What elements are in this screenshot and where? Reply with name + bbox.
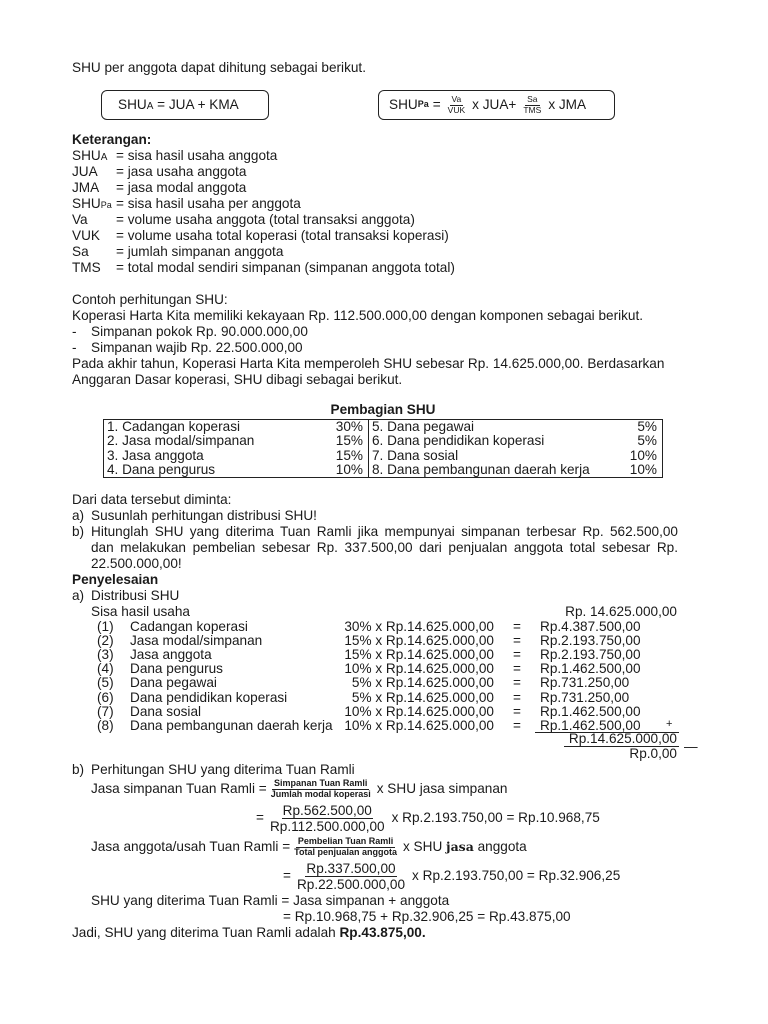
jasa-simpanan-calc: = Rp.562.500,00 Rp.112.500.000,00 x Rp.2… xyxy=(256,801,600,835)
conclusion-amount: Rp.43.875,00. xyxy=(339,925,425,940)
pembagian-table: 1. Cadangan koperasi30%5. Dana pegawai5%… xyxy=(103,419,663,478)
formula-pa-eq: = xyxy=(433,97,441,113)
formula-shu-pa: SHUPa = Va VUK x JUA+ Sa TMS x JMA xyxy=(389,92,586,118)
diminta-a-text: Susunlah perhitungan distribusi SHU! xyxy=(91,508,317,524)
allocation-label: 2. Jasa modal/simpanan xyxy=(104,434,289,449)
shu-total-calc: = Rp.10.968,75 + Rp.32.906,25 = Rp.43.87… xyxy=(283,909,571,925)
allocation-label: 6. Dana pendidikan koperasi xyxy=(369,434,601,449)
distribution-row: (4)Dana pengurus10% x Rp.14.625.000,00=R… xyxy=(0,661,768,675)
frac-denominator: TMS xyxy=(521,106,543,115)
allocation-percent: 15% xyxy=(289,449,369,464)
jasa-anggota-label: Jasa anggota/usah Tuan Ramli = xyxy=(91,839,290,855)
diminta-a-marker: a) xyxy=(72,508,84,524)
bullet-dash: - xyxy=(72,324,77,339)
allocation-label: 4. Dana pengurus xyxy=(104,463,289,478)
distribution-row: (6)Dana pendidikan koperasi5% x Rp.14.62… xyxy=(0,690,768,704)
allocation-percent: 10% xyxy=(289,463,369,478)
row-calculation: 10% x Rp.14.625.000,00 xyxy=(344,718,494,734)
diminta-heading: Dari data tersebut diminta: xyxy=(72,492,231,508)
allocation-percent: 5% xyxy=(601,420,663,435)
legend-term-main: SHU xyxy=(72,196,101,211)
distribution-row: (7)Dana sosial10% x Rp.14.625.000,00=Rp.… xyxy=(0,704,768,718)
distribution-row: (3)Jasa anggota15% x Rp.14.625.000,00=Rp… xyxy=(0,647,768,661)
allocation-label: 7. Dana sosial xyxy=(369,449,601,464)
legend-term-main: JUA xyxy=(72,164,98,179)
frac-numerator: Rp.562.500,00 xyxy=(282,803,373,819)
jasa-anggota-tail-post: anggota xyxy=(478,839,527,855)
bullet-item: - Simpanan wajib Rp. 22.500.000,00 xyxy=(72,340,77,356)
frac-numerator: Sa xyxy=(525,95,539,105)
jasa-anggota-result: x Rp.2.193.750,00 = Rp.32.906,25 xyxy=(412,868,620,884)
bullet-text: Simpanan pokok Rp. 90.000.000,00 xyxy=(91,324,308,340)
frac-denominator: Total penjualan anggota xyxy=(292,848,399,858)
legend-definition: = volume usaha total koperasi (total tra… xyxy=(116,228,449,244)
legend-definition: = total modal sendiri simpanan (simpanan… xyxy=(116,260,455,276)
jasa-anggota-calc: = Rp.337.500,00 Rp.22.500.000,00 x Rp.2.… xyxy=(283,859,620,893)
legend-term: VUK xyxy=(72,228,100,244)
table-row: 2. Jasa modal/simpanan15%6. Dana pendidi… xyxy=(104,434,663,449)
allocation-label: 8. Dana pembangunan daerah kerja xyxy=(369,463,601,478)
diminta-b-marker: b) xyxy=(72,524,84,540)
distribution-row: (2)Jasa modal/simpanan15% x Rp.14.625.00… xyxy=(0,633,768,647)
jasa-anggota-tail-pre: x SHU xyxy=(403,839,442,855)
frac-numerator: Simpanan Tuan Ramli xyxy=(272,779,369,790)
allocation-percent: 10% xyxy=(601,449,663,464)
conclusion: Jadi, SHU yang diterima Tuan Ramli adala… xyxy=(72,925,426,941)
legend-term: Va xyxy=(72,212,88,228)
legend-term-main: TMS xyxy=(72,260,101,275)
distribution-remainder: Rp.0,00 xyxy=(629,746,677,762)
frac-denominator: Jumlah modal koperasi xyxy=(269,790,373,800)
penyelesaian-a-marker: a) xyxy=(72,588,84,604)
contoh-heading: Contoh perhitungan SHU: xyxy=(72,292,228,308)
allocation-percent: 5% xyxy=(601,434,663,449)
sisa-label: Sisa hasil usaha xyxy=(91,604,190,620)
table-row: 1. Cadangan koperasi30%5. Dana pegawai5% xyxy=(104,420,663,435)
legend-term-sub: A xyxy=(101,152,108,163)
formula-pa-lhs: SHU xyxy=(389,97,418,113)
diminta-b-line3: 22.500.000,00! xyxy=(91,556,182,572)
formula-pa-mid: x JUA+ xyxy=(472,97,516,113)
row-label: Dana pembangunan daerah kerja xyxy=(130,718,333,734)
jasa-simpanan-result: x Rp.2.193.750,00 = Rp.10.968,75 xyxy=(392,810,600,826)
jasa-simpanan-tail: x SHU jasa simpanan xyxy=(377,781,508,797)
conclusion-text: Jadi, SHU yang diterima Tuan Ramli adala… xyxy=(72,925,336,940)
frac-numerator: Va xyxy=(450,95,464,105)
legend-term: Sa xyxy=(72,244,89,260)
fraction-simpanan: Simpanan Tuan Ramli Jumlah modal koperas… xyxy=(269,779,373,800)
formula-a-lhs: SHU xyxy=(118,97,147,112)
row-equals: = xyxy=(513,718,521,734)
diminta-b-line2: dan melakukan pembelian sebesar Rp. 337.… xyxy=(91,540,678,556)
fraction-pembelian-values: Rp.337.500,00 Rp.22.500.000,00 xyxy=(296,861,406,892)
jasa-simpanan-label: Jasa simpanan Tuan Ramli = xyxy=(91,781,267,797)
formula-a-sub: A xyxy=(147,101,154,112)
allocation-percent: 10% xyxy=(601,463,663,478)
penyelesaian-a-title: Distribusi SHU xyxy=(91,588,179,604)
formula-pa-sub: Pa xyxy=(418,97,429,113)
legend-definition: = jasa usaha anggota xyxy=(116,164,246,180)
legend-definition: = jasa modal anggota xyxy=(116,180,246,196)
allocation-percent: 30% xyxy=(289,420,369,435)
jasa-anggota-tail-bold: jasa xyxy=(446,839,474,855)
allocation-label: 1. Cadangan koperasi xyxy=(104,420,289,435)
formula-a-rhs: = JUA + KMA xyxy=(157,97,239,112)
bullet-text: Simpanan wajib Rp. 22.500.000,00 xyxy=(91,340,303,356)
penyelesaian-heading: Penyelesaian xyxy=(72,572,158,588)
formula-pa-end: x JMA xyxy=(548,97,586,113)
pembagian-title: Pembagian SHU xyxy=(103,402,663,418)
legend-definition: = sisa hasil usaha anggota xyxy=(116,148,277,164)
legend-term: TMS xyxy=(72,260,101,276)
allocation-label: 3. Jasa anggota xyxy=(104,449,289,464)
fraction-sa-tms: Sa TMS xyxy=(521,95,543,115)
jasa-simpanan-formula: Jasa simpanan Tuan Ramli = Simpanan Tuan… xyxy=(91,776,507,802)
formula-box-shu-pa: SHUPa = Va VUK x JUA+ Sa TMS x JMA xyxy=(378,90,615,120)
jasa-anggota-formula: Jasa anggota/usah Tuan Ramli = Pembelian… xyxy=(91,834,527,860)
distribution-total: Rp.14.625.000,00 xyxy=(569,731,677,747)
eq-sign: = xyxy=(256,810,264,826)
intro-text: SHU per anggota dapat dihitung sebagai b… xyxy=(72,60,366,76)
formula-box-shu-a: SHUA = JUA + KMA xyxy=(101,90,269,120)
sisa-value: Rp. 14.625.000,00 xyxy=(565,604,677,620)
shu-total-label: SHU yang diterima Tuan Ramli = Jasa simp… xyxy=(91,893,449,909)
table-row: 3. Jasa anggota15%7. Dana sosial10% xyxy=(104,449,663,464)
legend-term-main: Va xyxy=(72,212,88,227)
frac-denominator: Rp.22.500.000,00 xyxy=(296,877,406,892)
contoh-line2: Pada akhir tahun, Koperasi Harta Kita me… xyxy=(72,356,664,372)
frac-numerator: Rp.337.500,00 xyxy=(305,861,396,877)
penyelesaian-b-marker: b) xyxy=(72,762,84,778)
legend-definition: = jumlah simpanan anggota xyxy=(116,244,283,260)
legend-term-main: VUK xyxy=(72,228,100,243)
allocation-percent: 15% xyxy=(289,434,369,449)
frac-denominator: VUK xyxy=(446,106,467,115)
contoh-line3: Anggaran Dasar koperasi, SHU dibagi seba… xyxy=(72,372,402,388)
bullet-item: - Simpanan pokok Rp. 90.000.000,00 xyxy=(72,324,77,340)
minus-sign: — xyxy=(684,739,698,755)
distribution-row: (5)Dana pegawai5% x Rp.14.625.000,00=Rp.… xyxy=(0,675,768,689)
legend-term-main: SHU xyxy=(72,148,101,163)
legend-term: JUA xyxy=(72,164,98,180)
bullet-dash: - xyxy=(72,340,77,355)
allocation-label: 5. Dana pegawai xyxy=(369,420,601,435)
fraction-va-vuk: Va VUK xyxy=(446,95,467,115)
table-row: 4. Dana pengurus10%8. Dana pembangunan d… xyxy=(104,463,663,478)
distribution-row: (8)Dana pembangunan daerah kerja10% x Rp… xyxy=(0,718,768,732)
legend-term-sub: Pa xyxy=(101,200,112,210)
legend-definition: = sisa hasil usaha per anggota xyxy=(116,196,301,212)
formula-shu-a: SHUA = JUA + KMA xyxy=(118,97,239,115)
fraction-simpanan-values: Rp.562.500,00 Rp.112.500.000,00 xyxy=(269,803,386,834)
distribution-row: (1)Cadangan koperasi30% x Rp.14.625.000,… xyxy=(0,619,768,633)
row-number: (8) xyxy=(97,718,114,734)
frac-numerator: Pembelian Tuan Ramli xyxy=(296,837,395,848)
fraction-pembelian: Pembelian Tuan Ramli Total penjualan ang… xyxy=(292,837,399,858)
keterangan-heading: Keterangan: xyxy=(72,132,151,148)
legend-definition: = volume usaha anggota (total transaksi … xyxy=(116,212,415,228)
diminta-b-line1: Hitunglah SHU yang diterima Tuan Ramli j… xyxy=(91,524,678,540)
frac-denominator: Rp.112.500.000,00 xyxy=(269,819,386,834)
legend-term-main: Sa xyxy=(72,244,89,259)
legend-term: JMA xyxy=(72,180,99,196)
legend-term-main: JMA xyxy=(72,180,99,195)
eq-sign: = xyxy=(283,868,291,884)
contoh-line1: Koperasi Harta Kita memiliki kekayaan Rp… xyxy=(72,308,643,324)
